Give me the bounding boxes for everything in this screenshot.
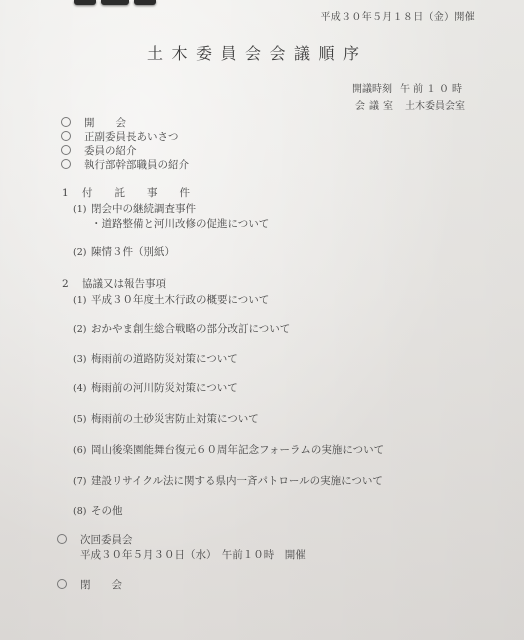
section2-item: (6)岡山後楽園能舞台復元６０周年記念フォーラムの実施について: [73, 444, 384, 457]
opening-item: 委員の紹介: [61, 145, 137, 158]
section1-item: (2)陳情３件（別紙）: [73, 246, 175, 259]
section2-item: (1)平成３０年度土木行政の概要について: [73, 294, 269, 307]
section2-item: (8)その他: [73, 505, 123, 518]
section2-item: (7)建設リサイクル法に関する県内一斉パトロールの実施について: [73, 475, 383, 488]
section2-item: (3)梅雨前の道路防災対策について: [73, 353, 238, 366]
circle-bullet-icon: [61, 117, 71, 127]
document-title: 土木委員会会議順序: [147, 47, 368, 60]
room-value: 土木委員会室: [405, 100, 465, 113]
closing-item: 閉 会: [57, 579, 122, 592]
opening-item: 執行部幹部職員の紹介: [61, 159, 189, 172]
circle-bullet-icon: [61, 159, 71, 169]
opening-item: 正副委員長あいさつ: [61, 131, 179, 144]
next-meeting-detail: 平成３０年５月３０日（水） 午前１０時 開催: [80, 549, 306, 562]
meeting-room: 会議室土木委員会室: [355, 100, 465, 113]
section2-item: (4)梅雨前の河川防災対策について: [73, 382, 238, 395]
time-value: 午前１０時: [400, 83, 465, 96]
next-meeting-heading: 次回委員会: [57, 534, 133, 547]
circle-bullet-icon: [57, 534, 67, 544]
binder-clip: [74, 0, 156, 5]
section2-item: (2)おかやま創生総合戦略の部分改訂について: [73, 323, 290, 336]
circle-bullet-icon: [61, 131, 71, 141]
circle-bullet-icon: [57, 579, 67, 589]
section1-item: (1)閉会中の継続調査事件: [73, 203, 196, 216]
section2-item: (5)梅雨前の土砂災害防止対策について: [73, 413, 259, 426]
circle-bullet-icon: [61, 145, 71, 155]
meeting-date: 平成３０年５月１８日（金）開催: [321, 11, 476, 24]
room-label: 会議室: [355, 100, 397, 113]
meeting-time: 開議時刻午前１０時: [352, 83, 465, 96]
opening-item: 開 会: [61, 117, 126, 130]
section2-heading: 2協議又は報告事項: [62, 278, 166, 291]
section1-heading: 1付託事件: [62, 187, 212, 200]
section1-subitem: ・道路整備と河川改修の促進について: [91, 218, 269, 231]
time-label: 開議時刻: [352, 83, 392, 96]
